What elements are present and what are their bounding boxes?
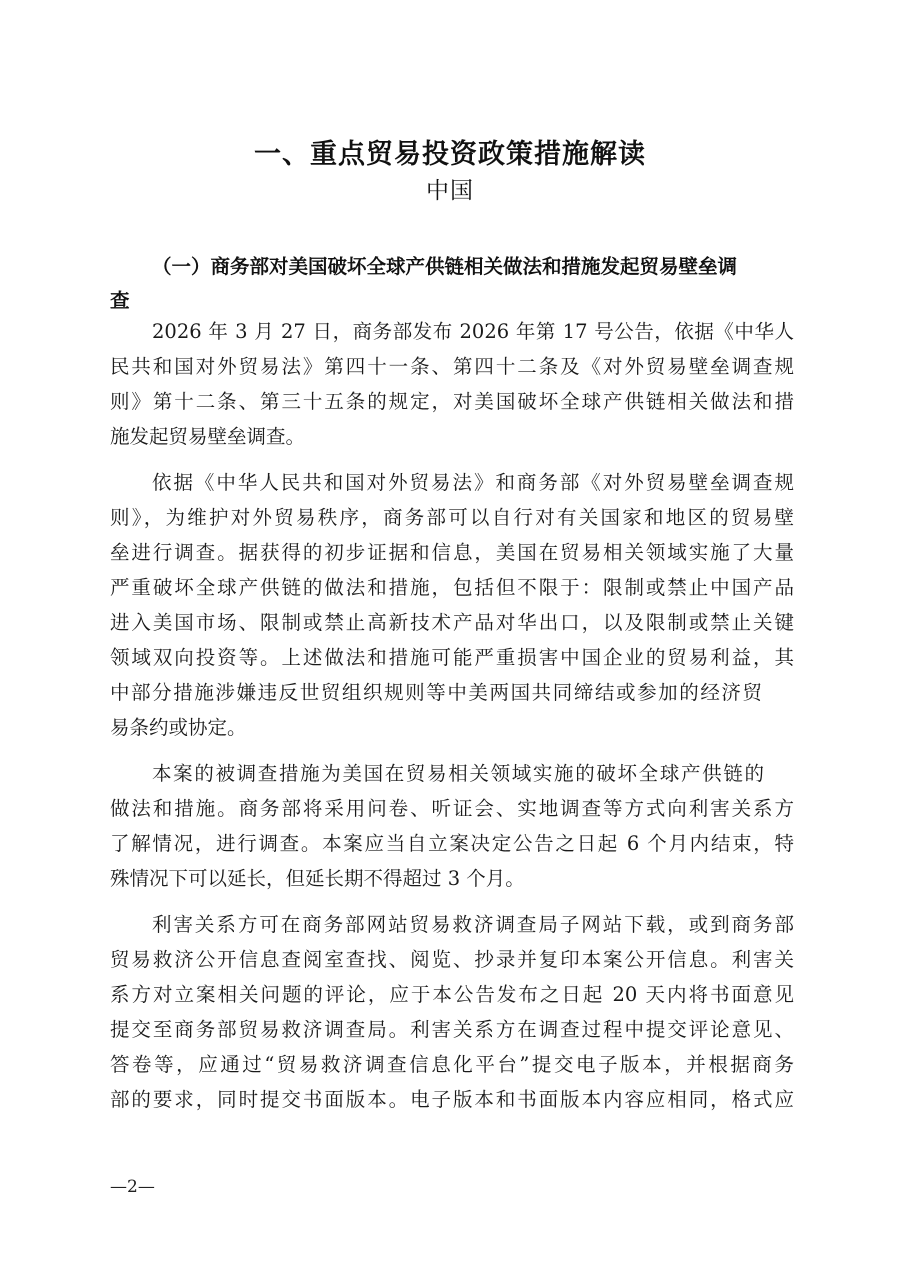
- section-heading-line-2: 查: [110, 285, 800, 313]
- paragraph-line: 部的要求，同时提交书面版本。电子版本和书面版本内容应相同，格式应: [110, 1088, 794, 1112]
- paragraph-line: 殊情况下可以延长，但延长期不得超过 3 个月。: [110, 867, 794, 891]
- paragraph-line: 进入美国市场、限制或禁止高新技术产品对华出口，以及限制或禁止关键: [110, 611, 794, 635]
- paragraph-line: 垒进行调查。据获得的初步证据和信息，美国在贸易相关领域实施了大量: [110, 541, 794, 565]
- paragraph-line: 2026 年 3 月 27 日，商务部发布 2026 年第 17 号公告，依据《…: [152, 320, 794, 344]
- country-subtitle: 中国: [0, 172, 900, 205]
- paragraph-line: 领域双向投资等。上述做法和措施可能严重损害中国企业的贸易利益，其: [110, 646, 794, 670]
- paragraph-line: 了解情况，进行调查。本案应当自立案决定公告之日起 6 个月内结束，特: [110, 832, 794, 856]
- document-title: 一、重点贸易投资政策措施解读: [0, 132, 900, 171]
- paragraph-line: 民共和国对外贸易法》第四十一条、第四十二条及《对外贸易壁垒调查规: [110, 355, 794, 379]
- paragraph-line: 则》，为维护对外贸易秩序，商务部可以自行对有关国家和地区的贸易壁: [110, 506, 794, 530]
- paragraph-line: 则》第十二条、第三十五条的规定，对美国破坏全球产供链相关做法和措: [110, 390, 794, 414]
- paragraph-line: 做法和措施。商务部将采用问卷、听证会、实地调查等方式向利害关系方: [110, 797, 794, 821]
- section-heading-line-1: （一）商务部对美国破坏全球产供链相关做法和措施发起贸易壁垒调: [152, 251, 802, 279]
- paragraph-line: 施发起贸易壁垒调查。: [110, 425, 794, 449]
- paragraph-line: 依据《中华人民共和国对外贸易法》和商务部《对外贸易壁垒调查规: [152, 471, 794, 495]
- paragraph-line: 易条约或协定。: [110, 716, 794, 740]
- paragraph-line: 严重破坏全球产供链的做法和措施，包括但不限于：限制或禁止中国产品: [110, 576, 794, 600]
- page-number: —2—: [110, 1177, 155, 1197]
- paragraph-line: 本案的被调查措施为美国在贸易相关领域实施的破坏全球产供链的: [152, 762, 764, 786]
- paragraph-line: 系方对立案相关问题的评论，应于本公告发布之日起 20 天内将书面意见: [110, 983, 794, 1007]
- paragraph-line: 中部分措施涉嫌违反世贸组织规则等中美两国共同缔结或参加的经济贸: [110, 681, 762, 705]
- paragraph-line: 贸易救济公开信息查阅室查找、阅览、抄录并复印本案公开信息。利害关: [110, 948, 794, 972]
- paragraph-line: 利害关系方可在商务部网站贸易救济调查局子网站下载，或到商务部: [152, 913, 794, 937]
- paragraph-line: 答卷等，应通过“贸易救济调查信息化平台”提交电子版本，并根据商务: [110, 1053, 794, 1077]
- paragraph-line: 提交至商务部贸易救济调查局。利害关系方在调查过程中提交评论意见、: [110, 1018, 794, 1042]
